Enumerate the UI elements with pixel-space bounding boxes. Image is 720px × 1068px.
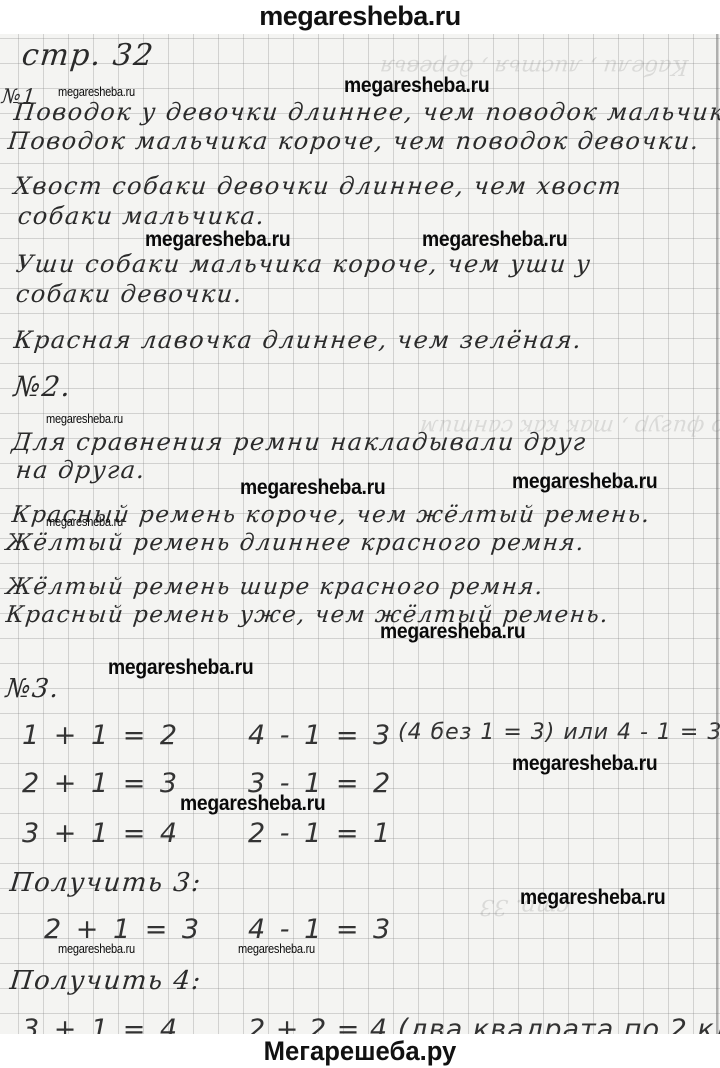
equation: 4 - 1 = 3 (248, 720, 393, 751)
page-title: стр. 32 (20, 38, 156, 73)
task-1-line: Уши собаки мальчика короче, чем уши у (15, 250, 593, 278)
task-1-line: Поводок у девочки длиннее, чем поводок м… (13, 98, 720, 126)
watermark: megaresheba.ru (145, 228, 290, 252)
watermark: megaresheba.ru (46, 514, 123, 529)
watermark: megaresheba.ru (108, 656, 253, 680)
notebook-page: Кабели , листья , деревья Множество фигу… (0, 34, 720, 1034)
watermark: megaresheba.ru (422, 228, 567, 252)
equation: 2 + 2 = 4 (два квадрата по 2 клетки) (248, 1014, 720, 1034)
site-header-banner: megaresheba.ru (0, 0, 720, 34)
equation: 3 + 1 = 4 (22, 1014, 180, 1034)
task-2-line: Для сравнения ремни накладывали друг (11, 428, 589, 456)
equation-note: (4 без 1 = 3) или 4 - 1 = 3 (398, 720, 720, 745)
watermark: megaresheba.ru (344, 74, 489, 98)
equation: 1 + 1 = 2 (22, 720, 180, 751)
task-1-line: собаки девочки. (15, 280, 245, 308)
task-1-line: Хвост собаки девочки длиннее, чем хвост (13, 172, 624, 200)
watermark: megaresheba.ru (520, 886, 665, 910)
task-2-line: Жёлтый ремень шире красного ремня. (5, 574, 546, 600)
watermark: megaresheba.ru (380, 620, 525, 644)
equation: 2 + 1 = 3 (22, 768, 180, 799)
watermark: megaresheba.ru (238, 941, 315, 956)
equation: 3 + 1 = 4 (22, 818, 180, 849)
watermark: megaresheba.ru (512, 470, 657, 494)
task-1-line: Красная лавочка длиннее, чем зелёная. (13, 326, 584, 354)
get-4-label: Получить 4: (8, 966, 203, 996)
watermark: megaresheba.ru (180, 792, 325, 816)
watermark: megaresheba.ru (58, 84, 135, 99)
task-2-line: Жёлтый ремень длиннее красного ремня. (5, 530, 587, 556)
watermark: megaresheba.ru (46, 411, 123, 426)
site-footer-banner: Мегарешеба.ру (18, 1034, 702, 1068)
task-2-number: №2. (12, 370, 73, 403)
watermark: megaresheba.ru (58, 941, 135, 956)
task-2-line: на друга. (15, 456, 148, 484)
equation: 2 - 1 = 1 (248, 818, 393, 849)
task-1-line: Поводок мальчика короче, чем поводок дев… (7, 127, 702, 155)
watermark: megaresheba.ru (512, 752, 657, 776)
watermark: megaresheba.ru (240, 476, 385, 500)
task-1-line: собаки мальчика. (17, 202, 267, 230)
task-3-number: №3. (4, 674, 61, 704)
get-3-label: Получить 3: (8, 868, 203, 898)
